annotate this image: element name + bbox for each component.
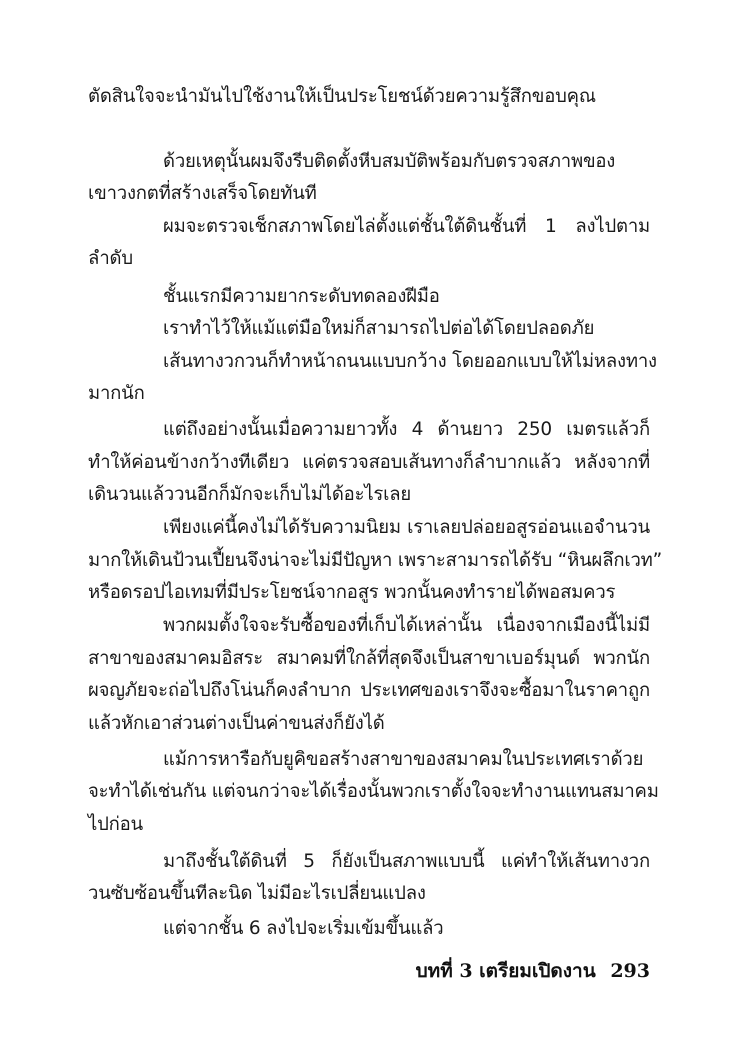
text-line: ด้วยเหตุนั้นผมจึงรีบติดตั้งหีบสมบัติพร้อ… [163, 146, 650, 178]
text-line: พวกผมตั้งใจจะรับซื้อของที่เก็บได้เหล่านั… [163, 610, 650, 642]
text-line: จะทำได้เช่นกัน แต่จนกว่าจะได้เรื่องนั้นพ… [88, 776, 650, 808]
text-line: มากนัก [88, 378, 650, 410]
text-line: ผจญภัยจะถ่อไปถึงโน่นก็คงลำบาก ประเทศของเ… [88, 675, 650, 707]
text-line: ชั้นแรกมีความยากระดับทดลองฝีมือ [163, 281, 650, 313]
book-page: ตัดสินใจจะนำมันไปใช้งานให้เป็นประโยชน์ด้… [0, 0, 738, 1051]
page-footer: บทที่ 3 เตรียมเปิดงาน 293 [416, 955, 650, 987]
text-line: เพียงแค่นี้คงไม่ได้รับความนิยม เราเลยปล่… [163, 512, 650, 544]
text-line: เส้นทางวกวนก็ทำหน้าถนนแบบกว้าง โดยออกแบบ… [163, 346, 650, 378]
text-line: มากให้เดินป้วนเปี้ยนจึงน่าจะไม่มีปัญหา เ… [88, 545, 650, 577]
text-line: ลำดับ [88, 243, 650, 275]
text-line: หรือดรอปไอเทมที่มีประโยชน์จากอสูร พวกนั้… [88, 577, 650, 609]
text-line: สาขาของสมาคมอิสระ สมาคมที่ใกล้ที่สุดจึงเ… [88, 643, 650, 675]
text-line: ผมจะตรวจเช็กสภาพโดยไล่ตั้งแต่ชั้นใต้ดินช… [163, 211, 650, 243]
text-line: เราทำไว้ให้แม้แต่มือใหม่ก็สามารถไปต่อได้… [163, 313, 650, 345]
footer-chapter-title: บทที่ 3 เตรียมเปิดงาน [416, 960, 596, 982]
text-line: มาถึงชั้นใต้ดินที่ 5 ก็ยังเป็นสภาพแบบนี้… [163, 846, 650, 878]
text-line: วนซับซ้อนขึ้นทีละนิด ไม่มีอะไรเปลี่ยนแปล… [88, 878, 650, 910]
page-number: 293 [610, 960, 650, 982]
text-line: แม้การหารือกับยูคิขอสร้างสาขาของสมาคมในป… [163, 744, 650, 776]
text-line: ทำให้ค่อนข้างกว้างทีเดียว แค่ตรวจสอบเส้น… [88, 447, 650, 479]
text-line: ตัดสินใจจะนำมันไปใช้งานให้เป็นประโยชน์ด้… [88, 81, 650, 113]
text-line: แล้วหักเอาส่วนต่างเป็นค่าขนส่งก็ยังได้ [88, 708, 650, 740]
text-line: แต่จากชั้น 6 ลงไปจะเริ่มเข้มขึ้นแล้ว [163, 913, 650, 945]
text-line: แต่ถึงอย่างนั้นเมื่อความยาวทั้ง 4 ด้านยา… [163, 414, 650, 446]
text-line: ไปก่อน [88, 809, 650, 841]
text-line: เดินวนแล้ววนอีกก็มักจะเก็บไม่ได้อะไรเลย [88, 479, 650, 511]
text-line: เขาวงกตที่สร้างเสร็จโดยทันที [88, 178, 650, 210]
